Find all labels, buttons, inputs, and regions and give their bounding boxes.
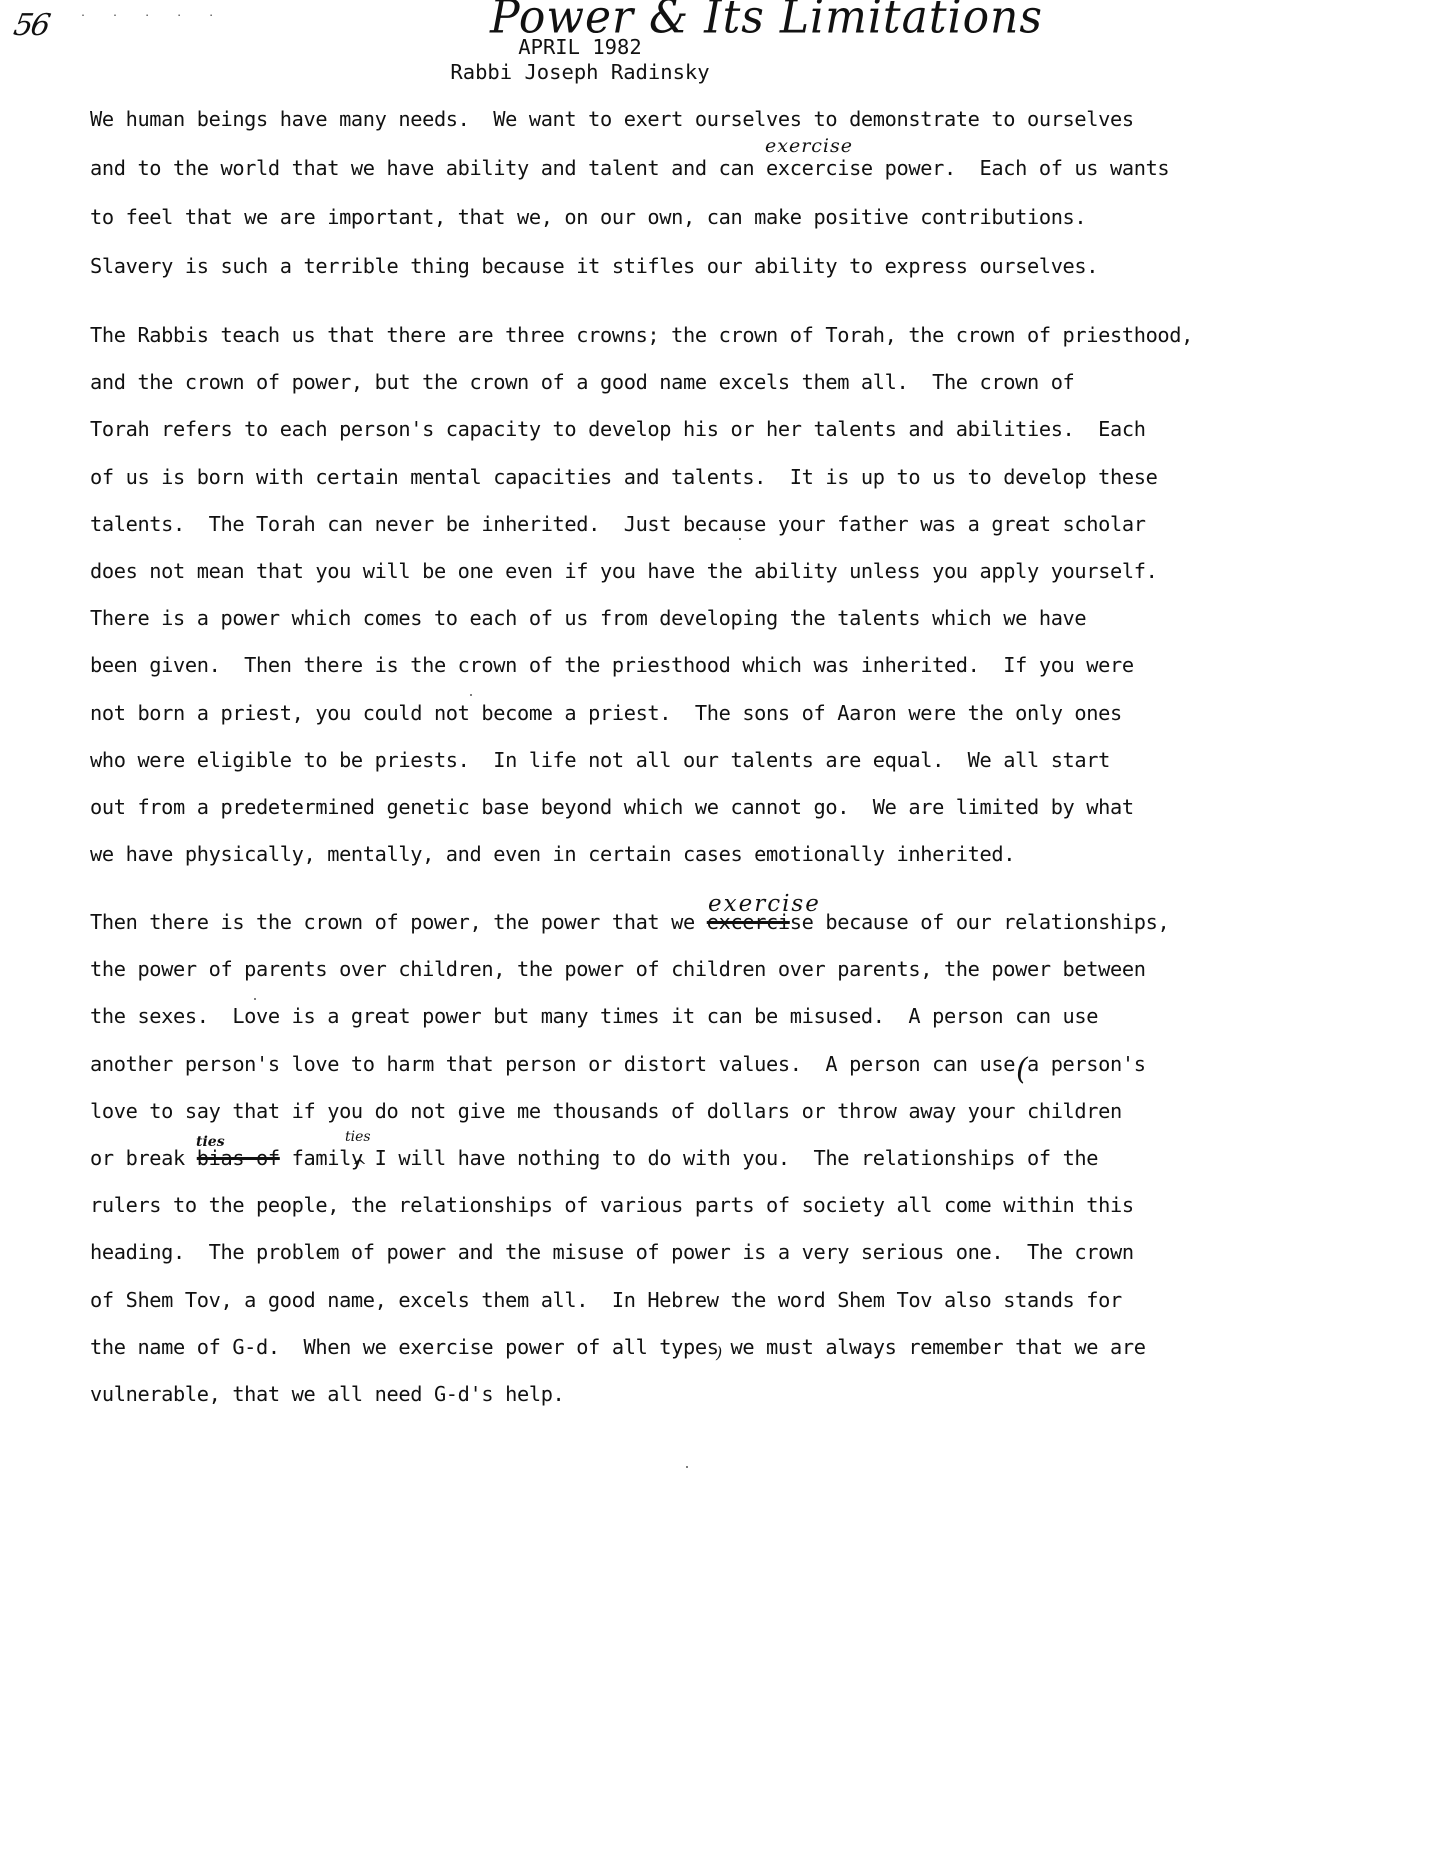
- annotation-ties-1: ties: [196, 1135, 225, 1149]
- text-segment: or break: [90, 1146, 197, 1170]
- text-segment: se because of our relationships,: [790, 910, 1170, 934]
- text-segment: a person's: [1015, 1052, 1145, 1076]
- text-line: another person's love to harm that perso…: [90, 1052, 1146, 1076]
- scan-specks: . . . . .: [80, 8, 224, 19]
- margin-page-mark: 56: [11, 8, 51, 43]
- text-line: love to say that if you do not give me t…: [90, 1099, 1122, 1123]
- text-line: does not mean that you will be one even …: [90, 559, 1157, 583]
- caret-mark: ^: [352, 1158, 367, 1176]
- text-line: been given. Then there is the crown of t…: [90, 653, 1134, 677]
- text-segment: Then there is the crown of power, the po…: [90, 910, 707, 934]
- text-line: the sexes. Love is a great power but man…: [90, 1004, 1098, 1028]
- text-line: we have physically, mentally, and even i…: [90, 842, 1015, 866]
- text-line: the name of G-d. When we exercise power …: [90, 1335, 1146, 1359]
- annotation-exercise-2: exercise: [708, 893, 821, 916]
- document-page: 56 . . . . . Power & Its Limitations APR…: [0, 0, 1430, 1851]
- annotation-ties-2: ties: [345, 1130, 371, 1144]
- text-line: of us is born with certain mental capaci…: [90, 465, 1157, 489]
- text-line: There is a power which comes to each of …: [90, 606, 1086, 630]
- text-line: and to the world that we have ability an…: [90, 156, 1169, 180]
- text-line: talents. The Torah can never be inherite…: [90, 512, 1146, 536]
- scan-dot: [470, 694, 472, 696]
- text-line: Slavery is such a terrible thing because…: [90, 254, 1098, 278]
- text-line: and the crown of power, but the crown of…: [90, 370, 1074, 394]
- text-line: not born a priest, you could not become …: [90, 701, 1122, 725]
- text-line: or break bias of family I will have noth…: [90, 1146, 1098, 1170]
- text-line: heading. The problem of power and the mi…: [90, 1240, 1134, 1264]
- text-line: out from a predetermined genetic base be…: [90, 795, 1134, 819]
- text-segment: family I will have nothing to do with yo…: [280, 1146, 1098, 1170]
- scan-dot: [254, 998, 256, 1000]
- text-line: to feel that we are important, that we, …: [90, 205, 1086, 229]
- paren-mark: ): [716, 1345, 722, 1361]
- insertion-mark: (: [1016, 1055, 1028, 1085]
- scan-dot: [686, 1466, 688, 1468]
- annotation-exercise-1: exercise: [765, 137, 853, 156]
- document-date: APRIL 1982: [380, 35, 780, 59]
- text-line: rulers to the people, the relationships …: [90, 1193, 1134, 1217]
- text-segment: another person's love to harm that perso…: [90, 1052, 1015, 1076]
- text-line: The Rabbis teach us that there are three…: [90, 323, 1193, 347]
- text-line: vulnerable, that we all need G-d's help.: [90, 1382, 564, 1406]
- scan-dot: [739, 538, 741, 540]
- document-author: Rabbi Joseph Radinsky: [380, 60, 780, 84]
- text-line: of Shem Tov, a good name, excels them al…: [90, 1288, 1122, 1312]
- text-line: Torah refers to each person's capacity t…: [90, 417, 1146, 441]
- text-line: who were eligible to be priests. In life…: [90, 748, 1110, 772]
- text-line: the power of parents over children, the …: [90, 957, 1146, 981]
- text-line: Then there is the crown of power, the po…: [90, 910, 1169, 934]
- text-line: We human beings have many needs. We want…: [90, 107, 1134, 131]
